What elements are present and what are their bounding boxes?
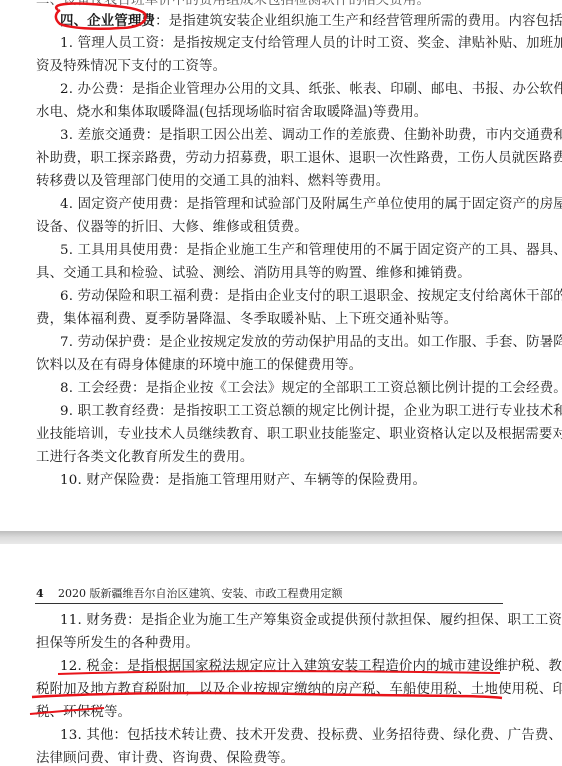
document-page-2: 42020 版新疆维吾尔自治区建筑、安装、市政工程费用定额 11. 财务费：是指… — [0, 544, 562, 766]
running-header-title: 2020 版新疆维吾尔自治区建筑、安装、市政工程费用定额 — [58, 587, 343, 600]
item-13-line-2: 法律顾问费、审计费、咨询费、保险费等。 — [36, 750, 562, 766]
item-9-line-3: 工进行各类文化教育所发生的费用。 — [36, 449, 562, 467]
header-rule — [35, 603, 503, 604]
item-13-line-1: 13. 其他：包括技术转让费、技术开发费、投标费、业务招待费、绿化费、广告费、公… — [60, 727, 562, 745]
item-9-line-1: 9. 职工教育经费：是指按职工工资总额的规定比例计提，企业为职工进行专业技术和职 — [60, 403, 562, 421]
section-heading: 四、企业管理费 — [60, 13, 155, 29]
item-11-line-2: 担保等所发生的各种费用。 — [36, 635, 562, 653]
item-3-line-2: 补助费，职工探亲路费，劳动力招募费，职工退休、退职一次性路费，工伤人员就医路费，… — [36, 150, 562, 168]
item-4-line-1: 4. 固定资产使用费：是指管理和试验部门及附属生产单位使用的属于固定资产的房屋、 — [60, 196, 562, 214]
cut-off-line: 二、设备仪表台班单价中的费用组成未包括检测软件的相关费用。 — [36, 0, 562, 10]
item-7-line-1: 7. 劳动保护费：是企业按规定发放的劳动保护用品的支出。如工作服、手套、防暑降温 — [60, 334, 562, 352]
item-12-line-1: 12. 税金：是指根据国家税法规定应计入建筑安装工程造价内的城市建设维护税、教育 — [60, 658, 562, 676]
item-5-line-2: 具、交通工具和检验、试验、测绘、消防用具等的购置、维修和摊销费。 — [36, 265, 562, 283]
item-6-line-2: 费，集体福利费、夏季防暑降温、冬季取暖补贴、上下班交通补贴等。 — [36, 311, 562, 329]
page-number: 4 — [36, 587, 58, 601]
document-page-1: 二、设备仪表台班单价中的费用组成未包括检测软件的相关费用。 四、企业管理费：是指… — [0, 0, 562, 531]
item-3-line-1: 3. 差旅交通费：是指职工因公出差、调动工作的差旅费、住勤补助费，市内交通费和误… — [60, 127, 562, 145]
item-1-line-1: 1. 管理人员工资：是指按规定支付给管理人员的计时工资、奖金、津贴补贴、加班加点… — [60, 35, 562, 53]
page-separator — [0, 531, 562, 544]
running-header: 42020 版新疆维吾尔自治区建筑、安装、市政工程费用定额 — [36, 587, 343, 601]
item-7-line-2: 饮料以及在有碍身体健康的环境中施工的保健费用等。 — [36, 357, 562, 375]
section-intro: ：是指建筑安装企业组织施工生产和经营管理所需的费用。内容包括： — [155, 14, 562, 29]
item-6-line-1: 6. 劳动保险和职工福利费：是指由企业支付的职工退职金、按规定支付给离休干部的经 — [60, 288, 562, 306]
item-1-line-2: 资及特殊情况下支付的工资等。 — [36, 58, 562, 76]
item-9-line-2: 业技能培训，专业技术人员继续教育、职工职业技能鉴定、职业资格认定以及根据需要对职 — [36, 426, 562, 444]
item-10-line-1: 10. 财产保险费：是指施工管理用财产、车辆等的保险费用。 — [60, 472, 562, 490]
item-2-line-1: 2. 办公费：是指企业管理办公用的文具、纸张、帐表、印刷、邮电、书报、办公软件、… — [60, 81, 562, 99]
item-12-line-2: 税附加及地方教育税附加，以及企业按规定缴纳的房产税、车船使用税、土地使用税、印花 — [36, 681, 562, 699]
item-12-line-3: 税、环保税等。 — [36, 704, 562, 722]
section-heading-line: 四、企业管理费：是指建筑安装企业组织施工生产和经营管理所需的费用。内容包括： — [60, 12, 562, 31]
item-8-line-1: 8. 工会经费：是指企业按《工会法》规定的全部职工工资总额比例计提的工会经费。 — [60, 380, 562, 398]
item-3-line-3: 转移费以及管理部门使用的交通工具的油料、燃料等费用。 — [36, 173, 562, 191]
item-5-line-1: 5. 工具用具使用费：是指企业施工生产和管理使用的不属于固定资产的工具、器具、家 — [60, 242, 562, 260]
item-11-line-1: 11. 财务费：是指企业为施工生产筹集资金或提供预付款担保、履约担保、职工工资支… — [60, 612, 562, 630]
item-4-line-2: 设备、仪器等的折旧、大修、维修或租赁费。 — [36, 219, 562, 237]
item-2-line-2: 水电、烧水和集体取暖降温(包括现场临时宿舍取暖降温)等费用。 — [36, 104, 562, 122]
